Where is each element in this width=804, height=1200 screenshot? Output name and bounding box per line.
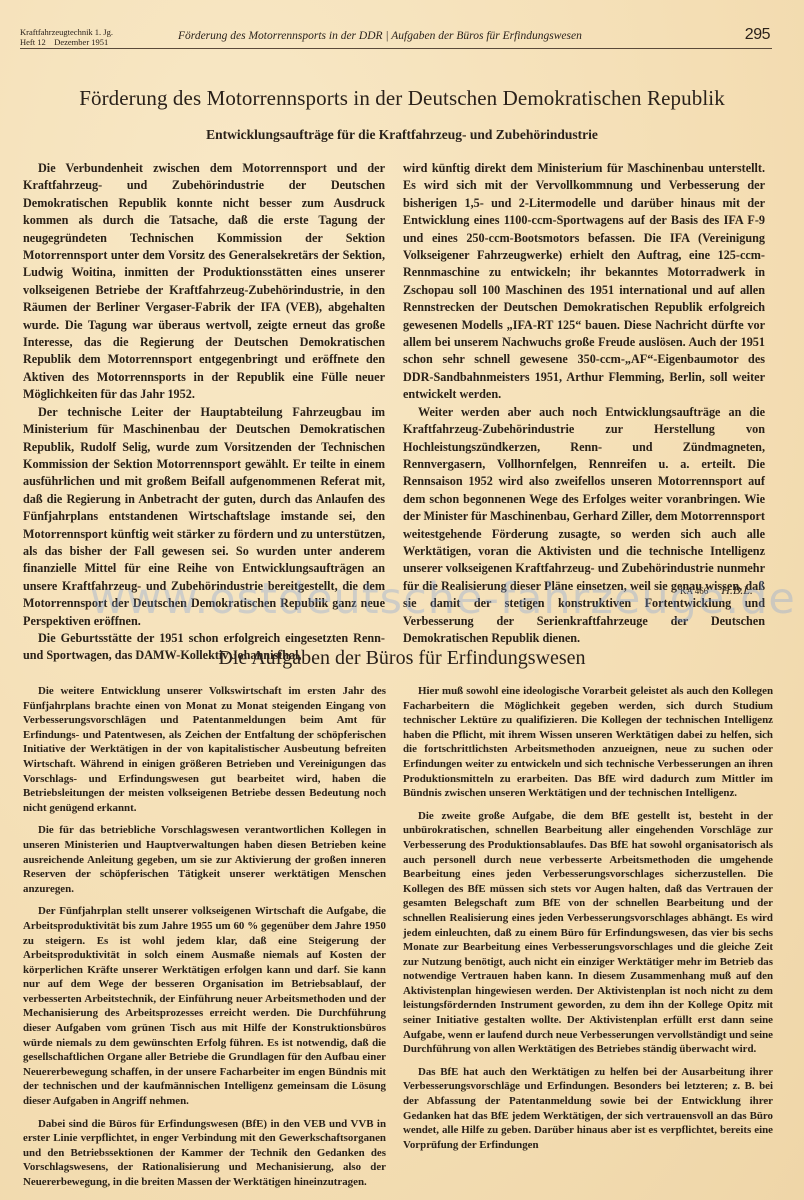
paragraph: Der Fünfjahrplan stellt unserer volkseig… [23, 904, 386, 1108]
article2-left-column: Die weitere Entwicklung unserer Volkswir… [23, 684, 386, 1198]
paragraph: Die zweite große Aufgabe, die dem BfE ge… [403, 809, 773, 1057]
watermark: www.ostdeutsche-fahrzeuge.de [90, 574, 796, 624]
journal-info: Kraftfahrzeugtechnik 1. Jg. Heft 12 Deze… [20, 28, 113, 47]
article1-title: Förderung des Motorrennsports in der Deu… [0, 86, 804, 111]
article1-subtitle: Entwicklungsaufträge für die Kraftfahrze… [0, 127, 804, 143]
article2-right-column: Hier muß sowohl eine ideologische Vorarb… [403, 684, 773, 1160]
paragraph: Die weitere Entwicklung unserer Volkswir… [23, 684, 386, 815]
paragraph: Die für das betriebliche Vorschlagswesen… [23, 823, 386, 896]
paragraph: Die Verbundenheit zwischen dem Motorrenn… [23, 160, 385, 404]
paragraph: Dabei sind die Büros für Erfindungswesen… [23, 1117, 386, 1190]
paragraph: Hier muß sowohl eine ideologische Vorarb… [403, 684, 773, 801]
running-header: Kraftfahrzeugtechnik 1. Jg. Heft 12 Deze… [20, 26, 772, 49]
page-number: 295 [745, 26, 770, 44]
paragraph: Das BfE hat auch den Werktätigen zu helf… [403, 1065, 773, 1153]
journal-issue: Heft 12 Dezember 1951 [20, 38, 113, 48]
paragraph: wird künftig direkt dem Ministerium für … [403, 160, 765, 404]
running-title: Förderung des Motorrennsports in der DDR… [178, 30, 582, 42]
article2-title: Die Aufgaben der Büros für Erfindungswes… [0, 647, 804, 670]
